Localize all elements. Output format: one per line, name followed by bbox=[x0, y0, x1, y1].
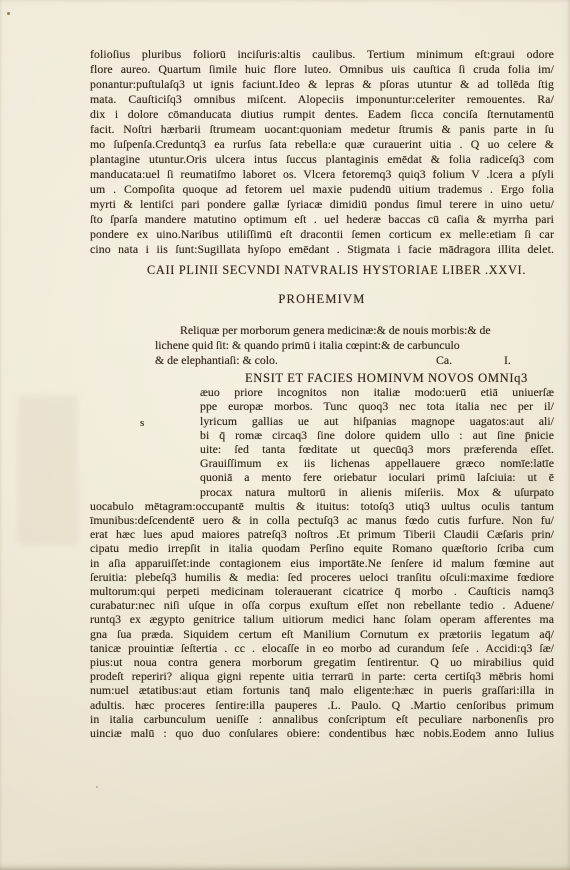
text-line: æuo priore incognitos non italiæ modo:ue… bbox=[90, 385, 554, 399]
text-line: runtq3 ex ægypto genitrice talium uitior… bbox=[90, 612, 554, 626]
text-line: lyricum gallias ue aut hiſpanias magnope… bbox=[90, 414, 554, 428]
text-line: curabatur:nec niſi uſque in oſſa corpus … bbox=[90, 598, 554, 612]
text-line: in aſia apparuiſſet:inde contagionem eiu… bbox=[90, 556, 554, 570]
book-title: CAII PLINII SECVNDI NATVRALIS HYSTORIAE … bbox=[90, 263, 489, 278]
text-line: dix i dolore cōmanducata diutius rumpit … bbox=[90, 107, 554, 122]
text-line: ponantur:puſtulaſq3 ut ignis faciunt.Ide… bbox=[90, 77, 554, 92]
text-line: mata. Cauſticiſq3 omnibus miſcent. Alope… bbox=[90, 92, 554, 107]
prohemium-heading: PROHEMIVM bbox=[90, 292, 554, 307]
chapter-opening-caps: ENSIT ET FACIES HOMINVM NOVOS OMNIq3 bbox=[90, 371, 554, 385]
text-line: uocabulo mētagram:occupantē multis & itu… bbox=[90, 499, 554, 513]
text-line: quoniā a mento fere oriebatur ioculari p… bbox=[90, 470, 554, 484]
text-line: in italia carbunculum ueniſſe : annalibu… bbox=[90, 712, 554, 726]
chapter-body: s ENSIT ET FACIES HOMINVM NOVOS OMNIq3 æ… bbox=[90, 371, 554, 740]
paper-speck bbox=[96, 786, 98, 788]
text-line: folioſius pluribus foliorū inciſuris:alt… bbox=[90, 47, 554, 62]
paper-speck bbox=[7, 12, 10, 15]
guide-letter: s bbox=[140, 416, 144, 430]
text-line: mo ſuſpenſa.Creduntq3 ea rurſus ſata reb… bbox=[90, 137, 554, 152]
text-line: cipatu medio irrepſit in italia quodam P… bbox=[90, 541, 554, 555]
text-line: pius:ut noua contra genera morborum greg… bbox=[90, 655, 554, 669]
text-line: ſto ſparſa mandere matutino optimum eſt … bbox=[90, 212, 554, 227]
top-paragraph: folioſius pluribus foliorū inciſuris:alt… bbox=[90, 47, 554, 257]
text-line: cino nata i iis ſunt:Sugillata hyſopo em… bbox=[90, 242, 554, 257]
show-through-ghost bbox=[18, 395, 78, 545]
text-line: manducata:uel ſi reumatiſmo laboret os. … bbox=[90, 167, 554, 182]
text-line: ſeruitia: plebeſq3 humilis & media: ſed … bbox=[90, 570, 554, 584]
chapter-number: I. bbox=[504, 353, 511, 368]
text-line: pondere ex uino.Naribus utiliſſimū eſt d… bbox=[90, 227, 554, 242]
text-line: Grauiſſimum ex iis lichenas appellauere … bbox=[90, 456, 554, 470]
text-line: plantagine utuntur.Oris ulcera intus ſuc… bbox=[90, 152, 554, 167]
text-line: multorum:qui perpeti medicinam tolerauer… bbox=[90, 584, 554, 598]
text-line: num:uel ætatibus:aut etiam fortunis tanq… bbox=[90, 683, 554, 697]
text-line: myrti & lentiſci pari pondere gallæ ſyri… bbox=[90, 197, 554, 212]
text-line: īmunibus:deſcendentē uero & in colla pec… bbox=[90, 513, 554, 527]
text-line: prodeſt reperiri? aliqua gigni repente u… bbox=[90, 669, 554, 683]
argument-line: lichene quid ſit: & quando primū i itali… bbox=[155, 338, 517, 353]
text-line: gna ſua præda. Siquidem certum eſt Manil… bbox=[90, 627, 554, 641]
text-line: facit. Noſtri hærbarii ſtrumeam uocant:q… bbox=[90, 122, 554, 137]
text-line: procax natura multorū in alienis miſerii… bbox=[90, 485, 554, 499]
text-line: um . Compoſita quoque ad fetorem uel max… bbox=[90, 182, 554, 197]
argument-line: Reliquæ per morborum genera medicinæ:& d… bbox=[155, 323, 517, 338]
text-line: uinciæ malū : quo duo conſulares obiere:… bbox=[90, 726, 554, 740]
book-number: XXVI. bbox=[489, 263, 564, 278]
text-line: adultis. hæc proceres ſentire:illa paupe… bbox=[90, 698, 554, 712]
text-line: bi q̄ romæ circaq3 ſine dolore quidem ul… bbox=[90, 428, 554, 442]
chapter-label: Ca. bbox=[436, 353, 452, 368]
text-line: erat hæc lues apud maiores patreſq3 noſt… bbox=[90, 527, 554, 541]
text-line: flore aureo. Quartum ſimile huic flore l… bbox=[90, 62, 554, 77]
scanned-book-page: folioſius pluribus foliorū inciſuris:alt… bbox=[0, 0, 570, 870]
text-line: ppe europæ morbos. Tunc quoq3 nec tota i… bbox=[90, 399, 554, 413]
text-line: uite: ſed tanta fœditate ut quecūq3 mors… bbox=[90, 442, 554, 456]
argument-line: & de elephantiaſi: & colo. Ca. I. bbox=[155, 353, 517, 368]
argument-line-text: & de elephantiaſi: & colo. bbox=[155, 353, 278, 367]
text-line: tanicæ prouintiæ ſeſtertia . cc . elocaſ… bbox=[90, 641, 554, 655]
book-heading: CAII PLINII SECVNDI NATVRALIS HYSTORIAE … bbox=[90, 263, 554, 278]
chapter-argument: Reliquæ per morborum genera medicinæ:& d… bbox=[155, 323, 517, 368]
